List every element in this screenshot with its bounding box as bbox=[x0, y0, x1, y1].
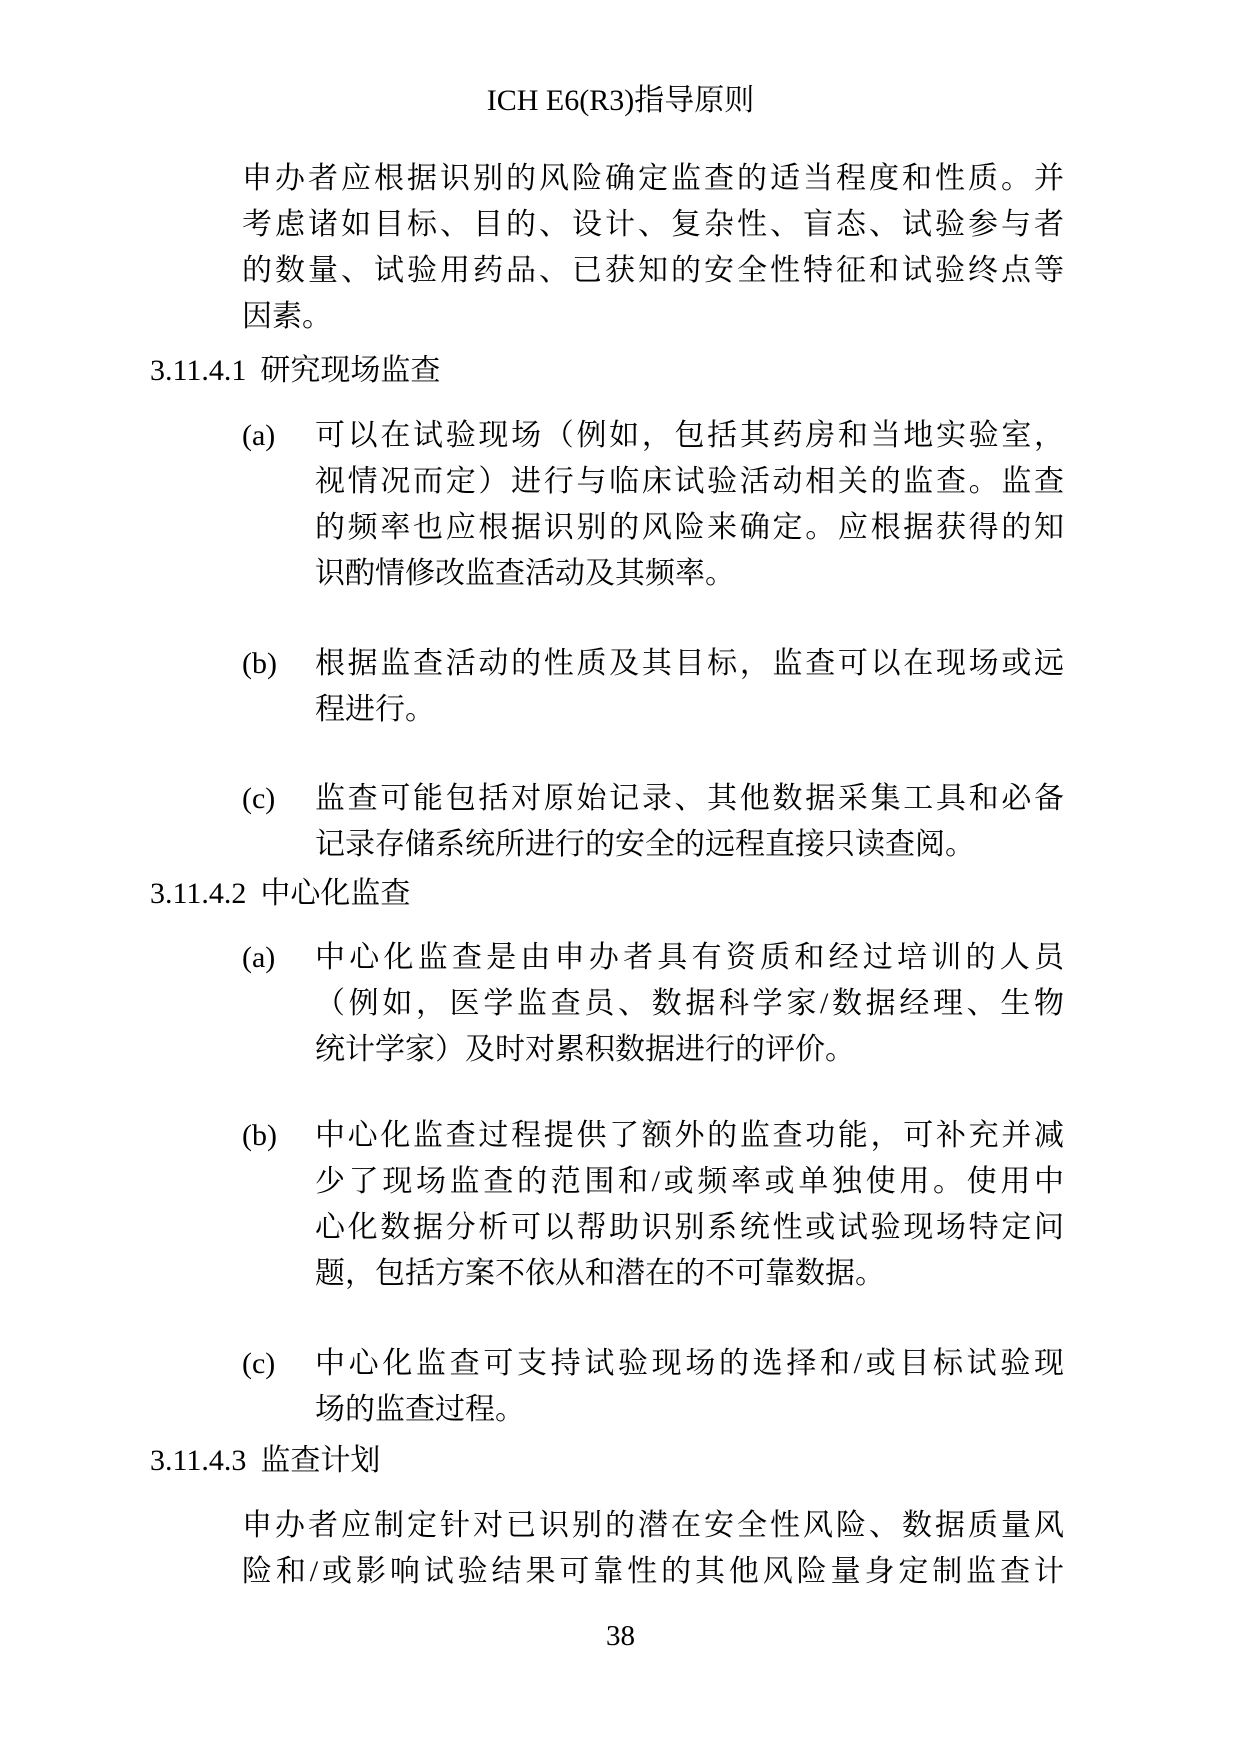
list-item-line: 心化数据分析可以帮助识别系统性或试验现场特定问 bbox=[315, 1205, 1064, 1251]
list-item-line: （例如，医学监查员、数据科学家/数据经理、生物 bbox=[315, 981, 1064, 1027]
list-item: 中心化监查是由申办者具有资质和经过培训的人员 （例如，医学监查员、数据科学家/数… bbox=[315, 935, 1064, 1073]
list-item-label: (a) bbox=[242, 413, 312, 459]
list-item: 中心化监查可支持试验现场的选择和/或目标试验现 场的监查过程。 bbox=[315, 1341, 1064, 1433]
section-heading-3-11-4-1: 3.11.4.1研究现场监查 bbox=[150, 348, 1050, 394]
list-item-label: (c) bbox=[242, 1341, 312, 1387]
paragraph-line: 申办者应制定针对已识别的潜在安全性风险、数据质量风 bbox=[242, 1503, 1064, 1549]
paragraph-line: 的数量、试验用药品、已获知的安全性特征和试验终点等 bbox=[242, 248, 1064, 294]
list-item-line: 统计学家）及时对累积数据进行的评价。 bbox=[315, 1027, 1064, 1073]
list-item-line: 中心化监查可支持试验现场的选择和/或目标试验现 bbox=[315, 1341, 1064, 1387]
section-heading-3-11-4-3: 3.11.4.3监查计划 bbox=[150, 1438, 1050, 1484]
section-number: 3.11.4.2 bbox=[150, 877, 246, 910]
list-item: 监查可能包括对原始记录、其他数据采集工具和必备 记录存储系统所进行的安全的远程直… bbox=[315, 776, 1064, 868]
list-item-line: 监查可能包括对原始记录、其他数据采集工具和必备 bbox=[315, 776, 1064, 822]
section-heading-3-11-4-2: 3.11.4.2中心化监查 bbox=[150, 871, 1050, 917]
list-item-line: 识酌情修改监查活动及其频率。 bbox=[315, 551, 1064, 597]
list-item-line: 记录存储系统所进行的安全的远程直接只读查阅。 bbox=[315, 822, 1064, 868]
list-item-label: (a) bbox=[242, 935, 312, 981]
list-item-label: (b) bbox=[242, 641, 312, 687]
list-item-label: (b) bbox=[242, 1113, 312, 1159]
paragraph-line: 考虑诸如目标、目的、设计、复杂性、盲态、试验参与者 bbox=[242, 202, 1064, 248]
paragraph-line: 险和/或影响试验结果可靠性的其他风险量身定制监查计 bbox=[242, 1549, 1064, 1595]
section-number: 3.11.4.1 bbox=[150, 354, 246, 387]
section-title: 监查计划 bbox=[260, 1444, 380, 1477]
list-item-line: 根据监查活动的性质及其目标，监查可以在现场或远 bbox=[315, 641, 1064, 687]
list-item-label: (c) bbox=[242, 776, 312, 822]
list-item-line: 中心化监查过程提供了额外的监查功能，可补充并减 bbox=[315, 1113, 1064, 1159]
closing-paragraph: 申办者应制定针对已识别的潜在安全性风险、数据质量风 险和/或影响试验结果可靠性的… bbox=[242, 1503, 1064, 1595]
paragraph-line: 申办者应根据识别的风险确定监查的适当程度和性质。并 bbox=[242, 156, 1064, 202]
list-item-line: 场的监查过程。 bbox=[315, 1387, 1064, 1433]
document-page: ICH E6(R3)指导原则 申办者应根据识别的风险确定监查的适当程度和性质。并… bbox=[0, 0, 1241, 1755]
list-item-line: 视情况而定）进行与临床试验活动相关的监查。监查 bbox=[315, 459, 1064, 505]
paragraph-line: 因素。 bbox=[242, 294, 1064, 340]
intro-paragraph: 申办者应根据识别的风险确定监查的适当程度和性质。并 考虑诸如目标、目的、设计、复… bbox=[242, 156, 1064, 340]
list-item-line: 可以在试验现场（例如，包括其药房和当地实验室， bbox=[315, 413, 1064, 459]
list-item-line: 中心化监查是由申办者具有资质和经过培训的人员 bbox=[315, 935, 1064, 981]
list-item: 中心化监查过程提供了额外的监查功能，可补充并减 少了现场监查的范围和/或频率或单… bbox=[315, 1113, 1064, 1297]
list-item: 可以在试验现场（例如，包括其药房和当地实验室， 视情况而定）进行与临床试验活动相… bbox=[315, 413, 1064, 597]
list-item: 根据监查活动的性质及其目标，监查可以在现场或远 程进行。 bbox=[315, 641, 1064, 733]
list-item-line: 少了现场监查的范围和/或频率或单独使用。使用中 bbox=[315, 1159, 1064, 1205]
section-title: 中心化监查 bbox=[260, 877, 410, 910]
list-item-line: 的频率也应根据识别的风险来确定。应根据获得的知 bbox=[315, 505, 1064, 551]
section-number: 3.11.4.3 bbox=[150, 1444, 246, 1477]
section-title: 研究现场监查 bbox=[260, 354, 440, 387]
list-item-line: 题，包括方案不依从和潜在的不可靠数据。 bbox=[315, 1251, 1064, 1297]
list-item-line: 程进行。 bbox=[315, 687, 1064, 733]
document-header-title: ICH E6(R3)指导原则 bbox=[0, 78, 1241, 124]
page-number: 38 bbox=[0, 1616, 1241, 1656]
